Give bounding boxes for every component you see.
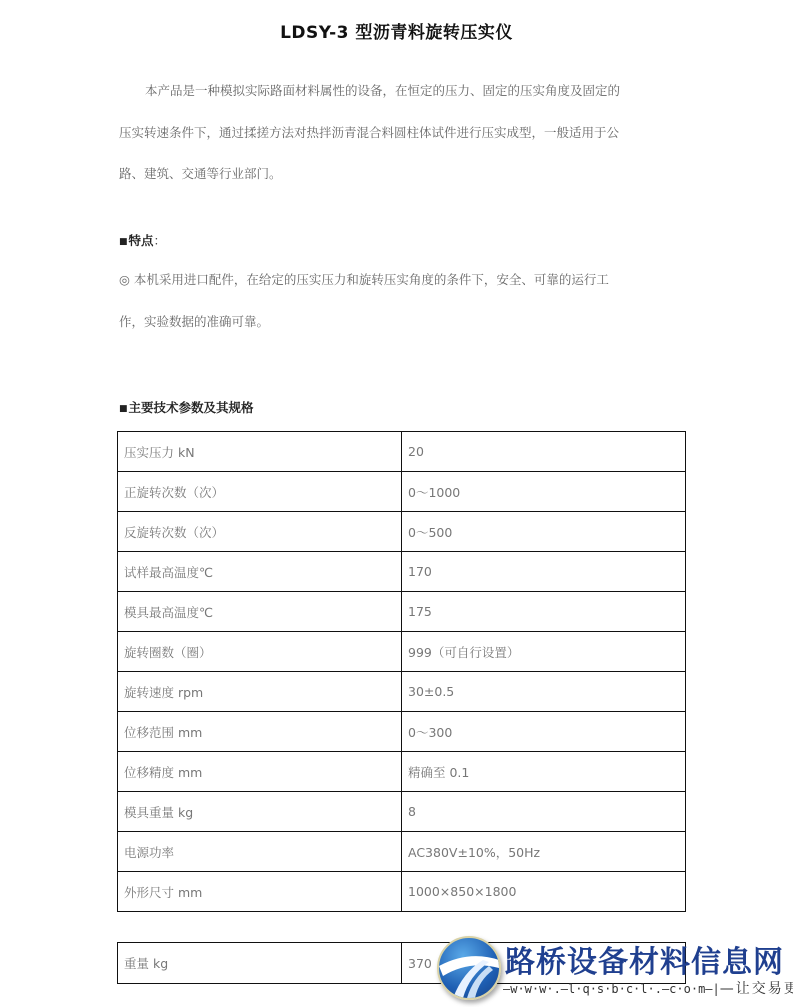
value-cell: 20 [402, 432, 686, 472]
table-row: 模具重量 kg8 [118, 792, 686, 832]
intro-line: 路、建筑、交通等行业部门。 [119, 153, 679, 195]
table-row: 正旋转次数（次）0～1000 [118, 472, 686, 512]
square-bullet-icon: ■ [119, 237, 128, 247]
square-bullet-icon: ■ [119, 404, 128, 414]
value-cell: AC380V±10%，50Hz [402, 832, 686, 872]
value-cell: 0～1000 [402, 472, 686, 512]
specs-table: 压实压力 kN20 正旋转次数（次）0～1000 反旋转次数（次）0～500 试… [117, 431, 686, 912]
value-cell: 170 [402, 552, 686, 592]
table-row: 旋转速度 rpm30±0.5 [118, 672, 686, 712]
table-row: 模具最高温度℃175 [118, 592, 686, 632]
param-cell: 旋转速度 rpm [118, 672, 402, 712]
table-row: 位移范围 mm0～300 [118, 712, 686, 752]
brand-tagline: —w·w·w·.—l·q·s·b·c·l·.—c·o·m—|—让交易更方便 [503, 978, 793, 998]
intro-paragraph: 本产品是一种模拟实际路面材料属性的设备，在恒定的压力、固定的压实角度及固定的 压… [119, 70, 679, 195]
value-cell: 999（可自行设置） [402, 632, 686, 672]
param-cell: 模具最高温度℃ [118, 592, 402, 632]
table-row: 电源功率AC380V±10%，50Hz [118, 832, 686, 872]
table-row: 旋转圈数（圈）999（可自行设置） [118, 632, 686, 672]
value-cell: 8 [402, 792, 686, 832]
specs-heading: ■主要技术参数及其规格 [119, 398, 254, 416]
value-cell: 0～500 [402, 512, 686, 552]
table-row: 压实压力 kN20 [118, 432, 686, 472]
param-cell: 压实压力 kN [118, 432, 402, 472]
table-row: 反旋转次数（次）0～500 [118, 512, 686, 552]
features-paragraph: ◎ 本机采用进口配件，在给定的压实压力和旋转压实角度的条件下，安全、可靠的运行工… [119, 259, 679, 342]
features-line: 作，实验数据的准确可靠。 [119, 301, 679, 343]
brand-url: —w·w·w·.—l·q·s·b·c·l·.—c·o·m—| [503, 982, 720, 996]
value-cell: 175 [402, 592, 686, 632]
param-cell: 位移范围 mm [118, 712, 402, 752]
param-cell: 重量 kg [118, 943, 402, 984]
param-cell: 外形尺寸 mm [118, 872, 402, 912]
param-cell: 反旋转次数（次） [118, 512, 402, 552]
value-cell: 1000×850×1800 [402, 872, 686, 912]
value-cell: 精确至 0.1 [402, 752, 686, 792]
value-cell: 30±0.5 [402, 672, 686, 712]
param-cell: 正旋转次数（次） [118, 472, 402, 512]
site-logo-icon [437, 936, 501, 1000]
param-cell: 旋转圈数（圈） [118, 632, 402, 672]
param-cell: 位移精度 mm [118, 752, 402, 792]
intro-line: 本产品是一种模拟实际路面材料属性的设备，在恒定的压力、固定的压实角度及固定的 [119, 70, 679, 112]
value-cell: 0～300 [402, 712, 686, 752]
page-title: LDSY-3 型沥青料旋转压实仪 [0, 18, 793, 43]
site-watermark: 路桥设备材料信息网 —w·w·w·.—l·q·s·b·c·l·.—c·o·m—|… [437, 934, 787, 1004]
table-row: 试样最高温度℃170 [118, 552, 686, 592]
param-cell: 试样最高温度℃ [118, 552, 402, 592]
intro-line: 压实转速条件下，通过揉搓方法对热拌沥青混合料圆柱体试件进行压实成型，一般适用于公 [119, 112, 679, 154]
features-heading: ■特点： [119, 231, 166, 249]
brand-slogan: —让交易更方便 [720, 981, 793, 997]
brand-name: 路桥设备材料信息网 [505, 937, 784, 981]
features-line: ◎ 本机采用进口配件，在给定的压实压力和旋转压实角度的条件下，安全、可靠的运行工 [119, 259, 679, 301]
param-cell: 模具重量 kg [118, 792, 402, 832]
table-row: 位移精度 mm精确至 0.1 [118, 752, 686, 792]
table-row: 外形尺寸 mm1000×850×1800 [118, 872, 686, 912]
param-cell: 电源功率 [118, 832, 402, 872]
